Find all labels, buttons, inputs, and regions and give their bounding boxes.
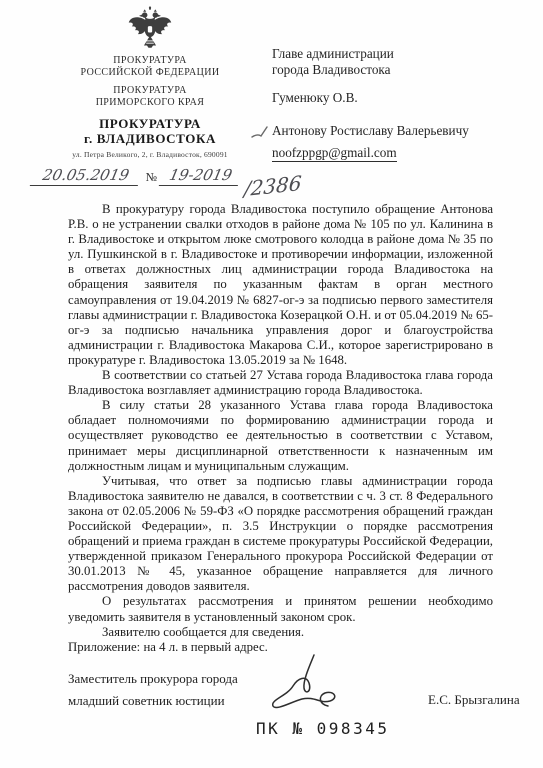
stamp-number: ПК № 098345 <box>256 719 389 738</box>
handwritten-date: 20.05.2019 <box>30 165 142 186</box>
letter-body: В прокуратуру города Владивостока поступ… <box>68 202 493 655</box>
org-line: ПРИМОРСКОГО КРАЯ <box>28 97 272 109</box>
recipient-block: Главе администрации города Владивостока … <box>272 46 522 162</box>
body-paragraph: О результатах рассмотрения и принятом ре… <box>68 594 493 624</box>
body-paragraph: В силу статьи 28 указанного Устава глава… <box>68 398 493 473</box>
number-sign: № <box>146 170 157 185</box>
body-paragraph: В прокуратуру города Владивостока поступ… <box>68 202 493 368</box>
signature-scribble <box>258 652 354 719</box>
recipient-title-line: Главе администрации <box>272 46 522 62</box>
signer-position-line1: Заместитель прокурора города <box>68 671 238 687</box>
scanned-letter-page: ПРОКУРАТУРА РОССИЙСКОЙ ФЕДЕРАЦИИ ПРОКУРА… <box>0 0 543 768</box>
recipient-title-line: города Владивостока <box>272 62 522 78</box>
body-paragraph: Учитывая, что ответ за подписью главы ад… <box>68 474 493 595</box>
recipient-name-primary: Гуменюку О.В. <box>272 90 522 106</box>
org-name-federation: ПРОКУРАТУРА РОССИЙСКОЙ ФЕДЕРАЦИИ <box>28 55 272 78</box>
recipient-email: noofzppgp@gmail.com <box>272 145 397 162</box>
org-line: ПРОКУРАТУРА <box>28 55 272 67</box>
org-line: РОССИЙСКОЙ ФЕДЕРАЦИИ <box>28 67 272 79</box>
org-line: ПРОКУРАТУРА <box>28 85 272 97</box>
org-line: ПРОКУРАТУРА <box>28 116 272 131</box>
signer-name: Е.С. Брызгалина <box>428 692 520 708</box>
body-paragraph: Заявителю сообщается для сведения. <box>68 625 493 640</box>
handwritten-number: 19-2019 <box>159 165 243 186</box>
handwritten-check-icon <box>251 124 269 144</box>
recipient-name-secondary-row: Антонову Ростиславу Валерьевичу <box>272 123 522 139</box>
signer-position-line2: младший советник юстиции <box>68 693 225 709</box>
russia-coat-of-arms-icon <box>28 6 272 55</box>
body-paragraph: В соответствии со статьей 27 Устава горо… <box>68 368 493 398</box>
recipient-name-secondary: Антонову Ростиславу Валерьевичу <box>272 123 469 138</box>
handwritten-number-suffix: /2386 <box>244 171 303 201</box>
reference-line: 20.05.2019 № 19-2019 /2386 <box>32 142 302 186</box>
letterhead: ПРОКУРАТУРА РОССИЙСКОЙ ФЕДЕРАЦИИ ПРОКУРА… <box>28 0 272 159</box>
org-name-region: ПРОКУРАТУРА ПРИМОРСКОГО КРАЯ <box>28 85 272 108</box>
